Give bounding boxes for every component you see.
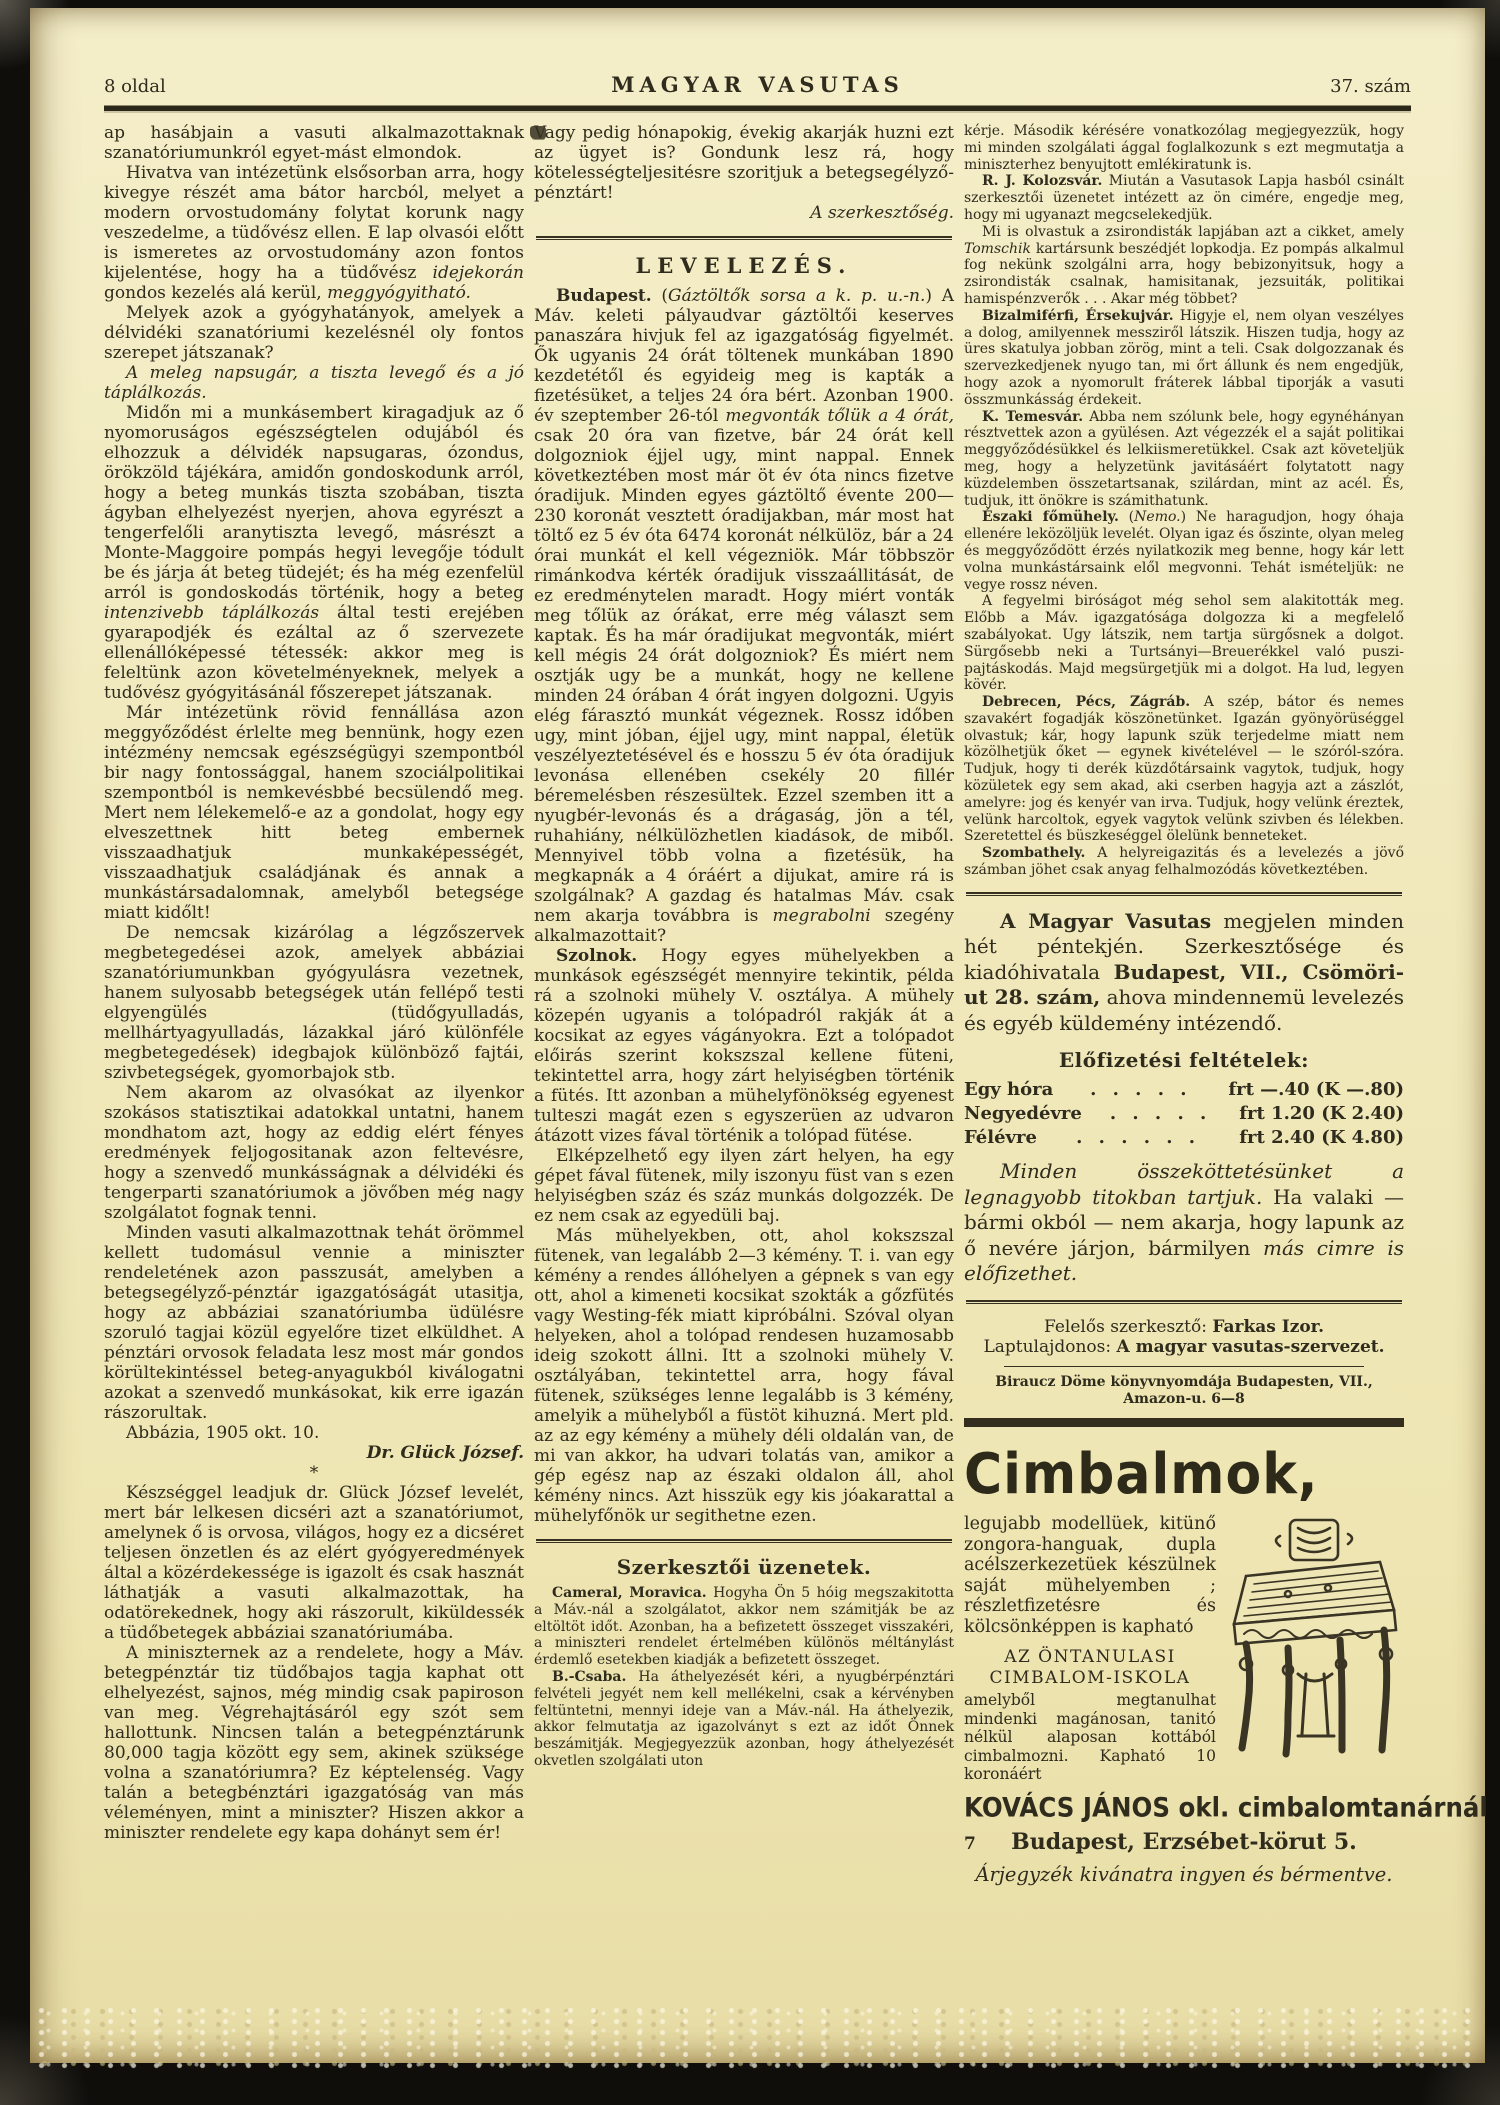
page-number: 8 oldal	[104, 76, 524, 97]
signature: A szerkesztőség.	[534, 203, 954, 223]
divider-rule	[964, 1418, 1404, 1427]
editor-line: Felelős szerkesztő: Farkas Izor.	[964, 1317, 1404, 1337]
paragraph: De nemcsak kizárólag a légzőszervek megb…	[104, 923, 524, 1083]
paragraph: A fegyelmi biróságot még sehol sem alaki…	[964, 593, 1404, 694]
paragraph: Minden vasuti alkalmazottnak tehát örömm…	[104, 1223, 524, 1423]
section-heading-elofizetes: Előfizetési feltételek:	[964, 1050, 1404, 1070]
divider-rule	[536, 1539, 952, 1543]
price-row: Egy hóra. . . . .frt —.40 (K —.80)	[964, 1078, 1404, 1102]
paragraph: Már intézetünk rövid fennállása azon meg…	[104, 703, 524, 923]
ad-left-text: legujabb modellüek, kitünő zongora-hangu…	[964, 1514, 1216, 1784]
divider-rule	[1004, 1366, 1364, 1367]
paragraph: Északi főmühely. (Nemo.) Ne haragudjon, …	[964, 509, 1404, 593]
section-heading-szerkesztoi: Szerkesztői üzenetek.	[534, 1557, 954, 1577]
cimbalom-drawing	[1228, 1514, 1400, 1764]
ad-school-line1: AZ ÖNTANULASI	[1004, 1647, 1176, 1667]
owner-line: Laptulajdonos: A magyar vasutas-szerveze…	[964, 1337, 1404, 1357]
column-2: Vagy pedig hónapokig, évekig akarják huz…	[534, 123, 954, 1886]
ink-smudge	[530, 126, 546, 139]
paragraph: Debrecen, Pécs, Zágráb. A szép, bátor és…	[964, 694, 1404, 845]
ad-address: Budapest, Erzsébet-körut 5.	[1008, 1829, 1404, 1855]
paragraph: Bizalmiférfi, Érsekujvár. Higyje el, nem…	[964, 308, 1404, 409]
paragraph: Szolnok. Hogy egyes mühelyekben a munkás…	[534, 946, 954, 1146]
ad-row: legujabb modellüek, kitünő zongora-hangu…	[964, 1514, 1404, 1784]
paragraph: Vagy pedig hónapokig, évekig akarják huz…	[534, 123, 954, 203]
paragraph: kérje. Második kérésére vonatkozólag meg…	[964, 123, 1404, 173]
star-separator: *	[104, 1463, 524, 1483]
subscription-price-table: Egy hóra. . . . .frt —.40 (K —.80)Negyed…	[964, 1078, 1404, 1150]
ad-school-body: amelyből megtanulhat mindenki magánosan,…	[964, 1691, 1216, 1784]
paragraph: A meleg napsugár, a tiszta levegő és a j…	[104, 363, 524, 403]
paragraph: Melyek azok a gyógyhatányok, amelyek a d…	[104, 303, 524, 363]
column-3: kérje. Második kérésére vonatkozólag meg…	[964, 123, 1404, 1886]
price-row: Félévre. . . . . .frt 2.40 (K 4.80)	[964, 1126, 1404, 1150]
ad-address-row: 7 Budapest, Erzsébet-körut 5.	[964, 1829, 1404, 1855]
secrecy-note: Minden összeköttetésünket a legnagyobb t…	[964, 1159, 1404, 1287]
masthead: 8 oldal MAGYAR VASUTAS 37. szám	[104, 72, 1411, 97]
paragraph: Mi is olvastuk a zsirondisták lapjában a…	[964, 224, 1404, 308]
paragraph: Más mühelyekben, ott, ahol kokszszal füt…	[534, 1226, 954, 1526]
paragraph: Hivatva van intézetünk elsősorban arra, …	[104, 163, 524, 303]
ad-footnote-number: 7	[964, 1834, 1008, 1854]
divider-rule	[536, 236, 952, 240]
worn-paper-edge	[30, 2005, 1485, 2069]
paragraph: K. Temesvár. Abba nem szólunk bele, hogy…	[964, 409, 1404, 510]
divider-rule	[966, 1300, 1402, 1304]
scanned-newspaper-page: { "header": { "page": "8 oldal", "title"…	[0, 0, 1500, 2105]
paragraph: Midőn mi a munkásembert kiragadjuk az ő …	[104, 403, 524, 703]
paragraph: Cameral, Moravica. Hogyha Ön 5 hóig megs…	[534, 1585, 954, 1669]
paragraph: Elképzelhető egy ilyen zárt helyen, ha e…	[534, 1146, 954, 1226]
columns: ap hasábjain a vasuti alkalmazottaknak s…	[104, 123, 1411, 1886]
paragraph: ap hasábjain a vasuti alkalmazottaknak s…	[104, 123, 524, 163]
paragraph: R. J. Kolozsvár. Miután a Vasutasok Lapj…	[964, 173, 1404, 223]
cimbalom-advertisement: Cimbalmok, legujabb modellüek, kitünő zo…	[964, 1442, 1404, 1886]
printer-line: Biraucz Döme könyvnyomdája Budapesten, V…	[964, 1374, 1404, 1408]
column-3-text: kérje. Második kérésére vonatkozólag meg…	[964, 123, 1404, 1427]
ad-school-line2: CIMBALOM-ISKOLA	[990, 1668, 1191, 1688]
paragraph: B.-Csaba. Ha áthelyezését kéri, a nyugbé…	[534, 1669, 954, 1770]
ad-body: legujabb modellüek, kitünő zongora-hangu…	[964, 1514, 1216, 1637]
signature: Dr. Glück József.	[104, 1443, 524, 1463]
column-1: ap hasábjain a vasuti alkalmazottaknak s…	[104, 123, 524, 1886]
issue-number: 37. szám	[991, 76, 1411, 97]
ad-title: Cimbalmok,	[964, 1442, 1404, 1507]
page-content: 8 oldal MAGYAR VASUTAS 37. szám ap hasáb…	[30, 8, 1485, 2063]
newspaper-title: MAGYAR VASUTAS	[524, 72, 991, 97]
paragraph: Készséggel leadjuk dr. Glück József leve…	[104, 1483, 524, 1643]
dateline: Abbázia, 1905 okt. 10.	[104, 1423, 524, 1443]
divider-rule	[966, 892, 1402, 896]
ad-price-list-note: Árjegyzék kivánatra ingyen és bérmentve.	[964, 1863, 1404, 1886]
price-row: Negyedévre. . . . .frt 1.20 (K 2.40)	[964, 1102, 1404, 1126]
cimbalom-illustration	[1224, 1514, 1404, 1784]
masthead-rule	[104, 106, 1411, 111]
newspaper-paper: 8 oldal MAGYAR VASUTAS 37. szám ap hasáb…	[30, 8, 1485, 2063]
paragraph: A miniszternek az a rendelete, hogy a Má…	[104, 1643, 524, 1843]
paragraph: Nem akarom az olvasókat az ilyenkor szok…	[104, 1083, 524, 1223]
ad-teacher-line: KOVÁCS JÁNOS okl. cimbalomtanárnál	[964, 1791, 1404, 1823]
publication-info: A Magyar Vasutas megjelen minden hét pén…	[964, 909, 1404, 1037]
ad-school-name: AZ ÖNTANULASI CIMBALOM-ISKOLA	[964, 1647, 1216, 1689]
section-heading-levelezes: LEVELEZÉS.	[534, 256, 954, 276]
paragraph: Budapest. (Gáztöltők sorsa a k. p. u.-n.…	[534, 286, 954, 946]
paragraph: Szombathely. A helyreigazitás és a level…	[964, 845, 1404, 879]
